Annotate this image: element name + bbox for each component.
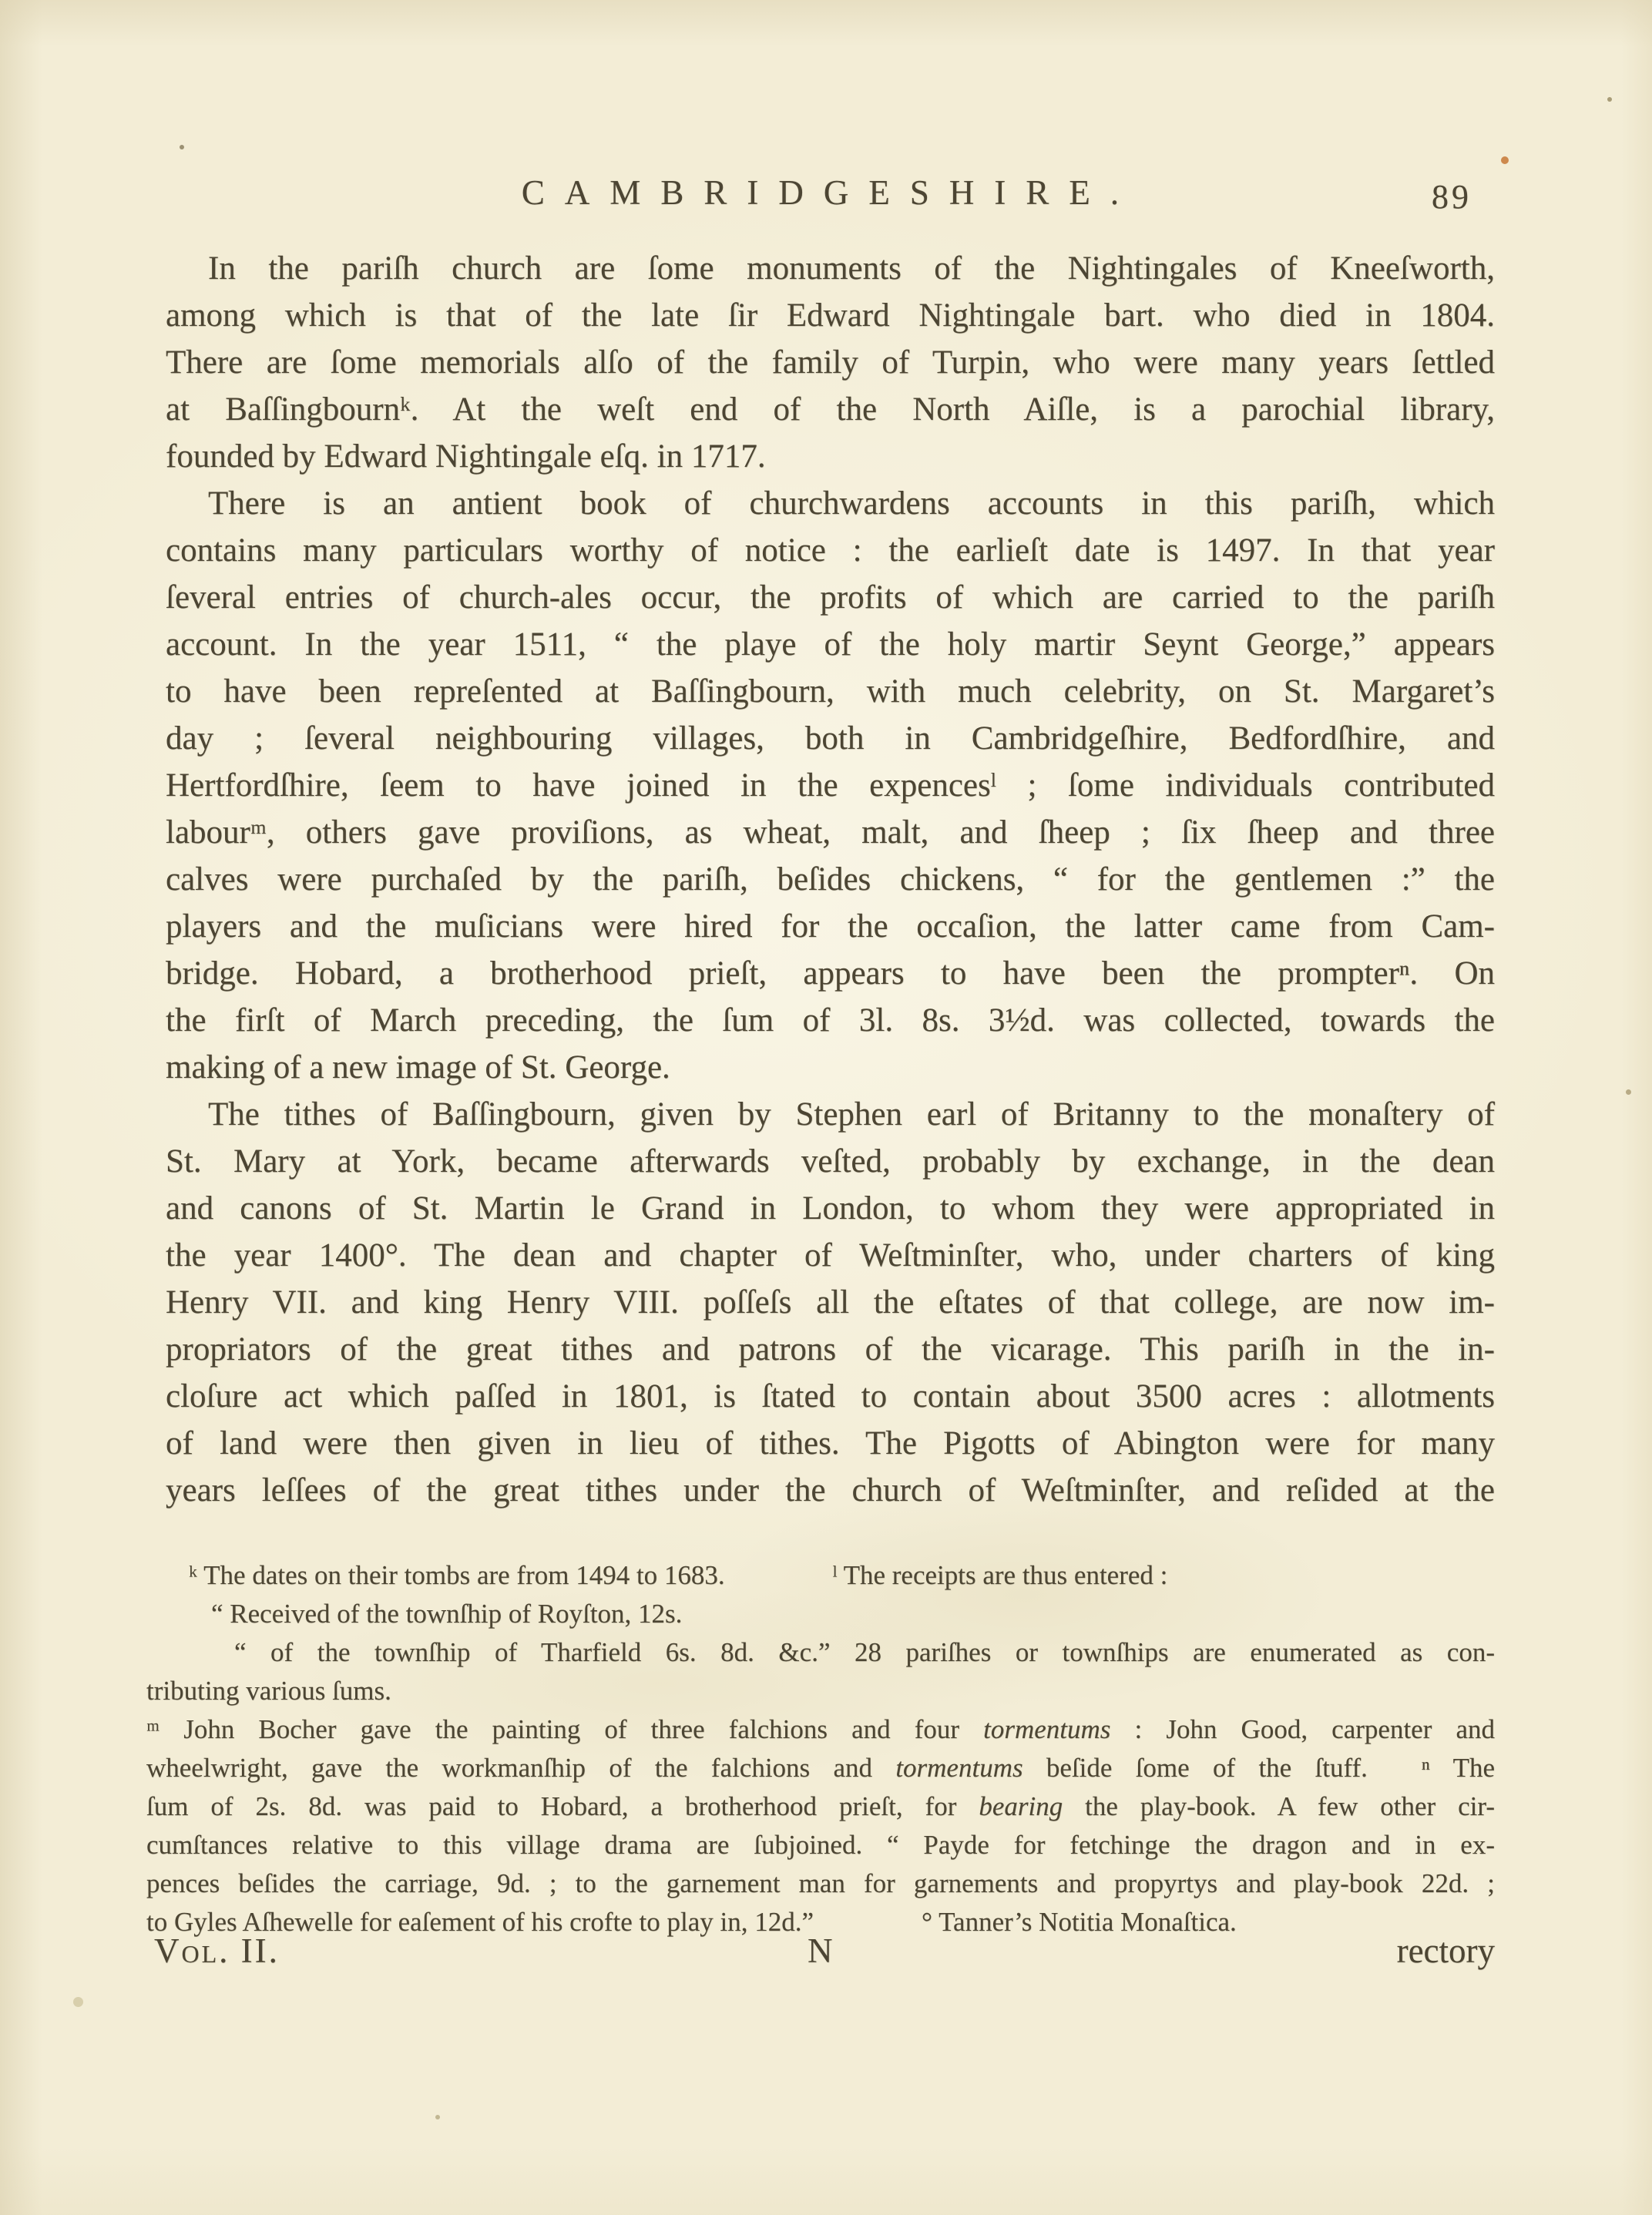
- paper-speck: [1607, 97, 1612, 102]
- footnote-line: “ Received of the townſhip of Royſton, 1…: [146, 1595, 1495, 1633]
- body-line: and canons of St. Martin le Grand in Lon…: [166, 1185, 1495, 1232]
- volume-label: Vol. II.: [154, 1931, 280, 1971]
- body-line: making of a new image of St. George.: [166, 1044, 1495, 1091]
- body-line: the firſt of March preceding, the ſum of…: [166, 997, 1495, 1044]
- footnote-line: tributing various ſums.: [146, 1672, 1495, 1710]
- catchword: rectory: [1397, 1931, 1495, 1971]
- paper-speck: [180, 145, 184, 149]
- footnote-line: ſum of 2s. 8d. was paid to Hobard, a bro…: [146, 1787, 1495, 1826]
- page-footer: Vol. II. N rectory: [154, 1931, 1495, 1985]
- body-line: among which is that of the late ſir Edwa…: [166, 292, 1495, 339]
- body-text: In the pariſh church are ſome monuments …: [166, 245, 1495, 1514]
- body-line: account. In the year 1511, “ the playe o…: [166, 621, 1495, 668]
- body-line: Henry VII. and king Henry VIII. poſſeſs …: [166, 1279, 1495, 1326]
- footnote-line: “ of the townſhip of Tharfield 6s. 8d. &…: [146, 1633, 1495, 1672]
- footnotes: ᵏ The dates on their tombs are from 1494…: [146, 1556, 1495, 1941]
- paper-speck: [435, 2115, 440, 2119]
- body-line: In the pariſh church are ſome monuments …: [166, 245, 1495, 292]
- page-number: 89: [1432, 177, 1472, 216]
- footnote-line: ᵐ John Bocher gave the painting of three…: [146, 1710, 1495, 1749]
- footnote-line: pences beſides the carriage, 9d. ; to th…: [146, 1864, 1495, 1903]
- body-line: to have been repreſented at Baſſingbourn…: [166, 668, 1495, 715]
- body-line: years leſſees of the great tithes under …: [166, 1467, 1495, 1514]
- signature-mark: N: [808, 1931, 833, 1971]
- paragraph: The tithes of Baſſingbourn, given by Ste…: [166, 1091, 1495, 1514]
- page-title: CAMBRIDGESHIRE.: [522, 173, 1139, 212]
- footnote-line: ᵏ The dates on their tombs are from 1494…: [146, 1556, 1495, 1595]
- body-line: contains many particulars worthy of noti…: [166, 527, 1495, 574]
- body-line: founded by Edward Nightingale eſq. in 17…: [166, 433, 1495, 480]
- body-line: The tithes of Baſſingbourn, given by Ste…: [166, 1091, 1495, 1138]
- body-line: Hertfordſhire, ſeem to have joined in th…: [166, 762, 1495, 809]
- paper-speck: [1501, 156, 1509, 164]
- body-line: players and the muſicians were hired for…: [166, 903, 1495, 950]
- paper-speck: [73, 1997, 83, 2007]
- body-line: There are ſome memorials alſo of the fam…: [166, 339, 1495, 386]
- paragraph: There is an antient book of churchwarden…: [166, 480, 1495, 1091]
- body-line: day ; ſeveral neighbouring villages, bot…: [166, 715, 1495, 762]
- paragraph: In the pariſh church are ſome monuments …: [166, 245, 1495, 480]
- body-line: St. Mary at York, became afterwards veſt…: [166, 1138, 1495, 1185]
- footnote-line: cumſtances relative to this village dram…: [146, 1826, 1495, 1864]
- body-line: cloſure act which paſſed in 1801, is ſta…: [166, 1373, 1495, 1420]
- body-line: labourᵐ, others gave proviſions, as whea…: [166, 809, 1495, 856]
- body-line: propriators of the great tithes and patr…: [166, 1326, 1495, 1373]
- body-line: the year 1400°. The dean and chapter of …: [166, 1232, 1495, 1279]
- footnote-line: wheelwright, gave the workmanſhip of the…: [146, 1749, 1495, 1787]
- body-line: of land were then given in lieu of tithe…: [166, 1420, 1495, 1467]
- body-line: bridge. Hobard, a brotherhood prieſt, ap…: [166, 950, 1495, 997]
- book-page: CAMBRIDGESHIRE. 89 In the pariſh church …: [0, 0, 1652, 2215]
- body-line: There is an antient book of churchwarden…: [166, 480, 1495, 527]
- body-line: ſeveral entries of church-ales occur, th…: [166, 574, 1495, 621]
- body-line: at Baſſingbournᵏ. At the weſt end of the…: [166, 386, 1495, 433]
- running-head: CAMBRIDGESHIRE. 89: [166, 173, 1495, 213]
- body-line: calves were purchaſed by the pariſh, beſ…: [166, 856, 1495, 903]
- paper-speck: [1626, 1089, 1631, 1095]
